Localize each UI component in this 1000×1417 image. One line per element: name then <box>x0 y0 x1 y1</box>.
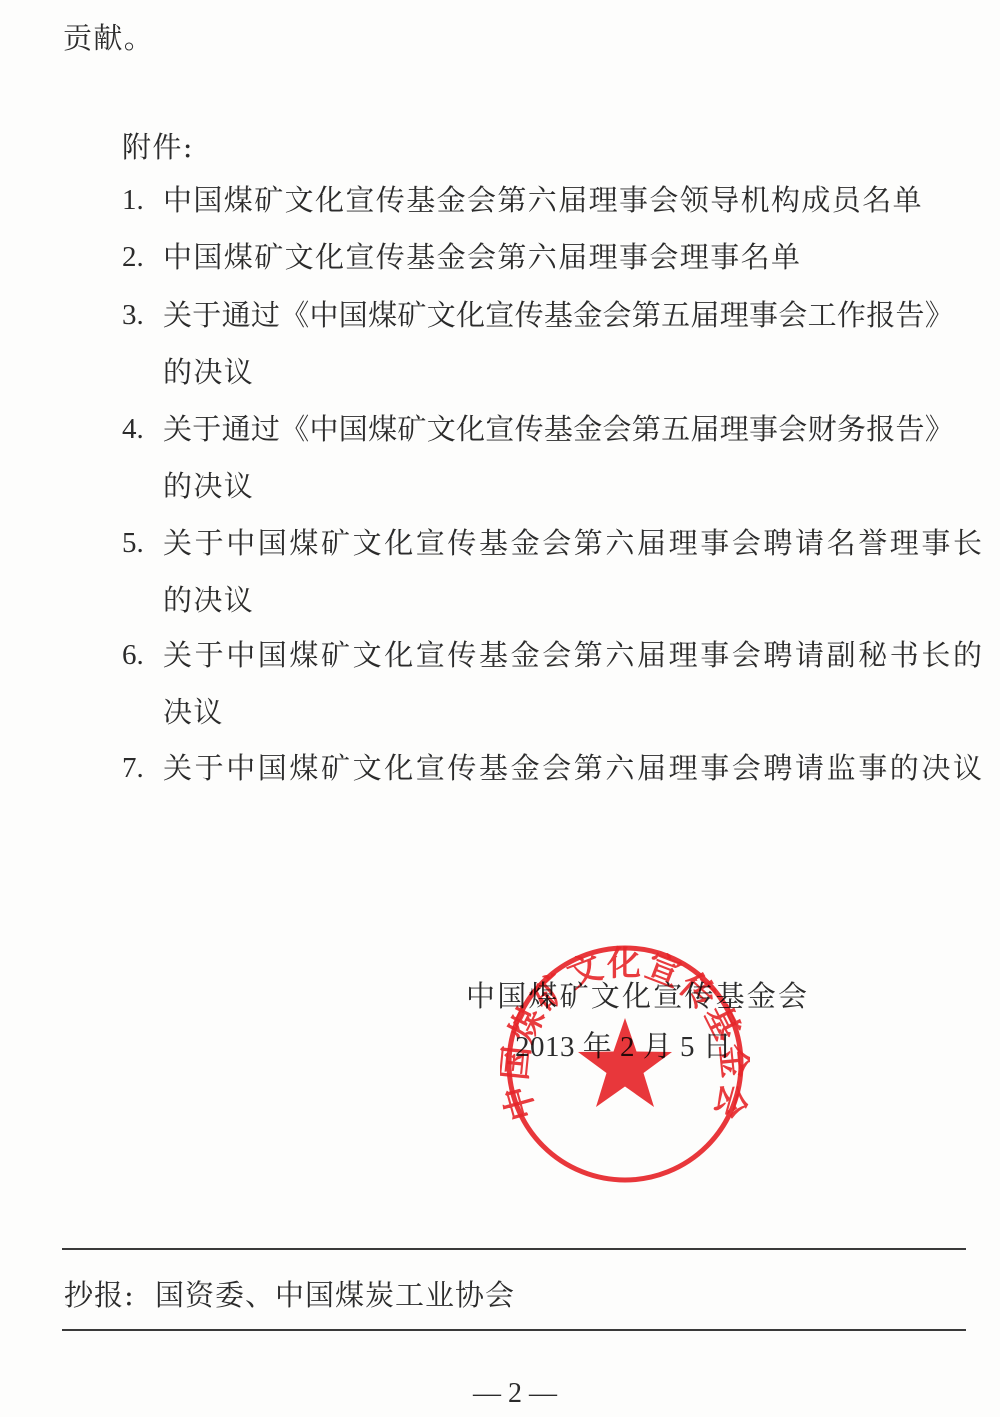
item-text-continued: 决议 <box>163 694 224 730</box>
item-text: 中国煤矿文化宣传基金会第六届理事会领导机构成员名单 <box>163 182 923 218</box>
item-text: 中国煤矿文化宣传基金会第六届理事会理事名单 <box>163 239 801 275</box>
item-number: 1. <box>122 182 144 218</box>
seal-star-icon <box>578 1018 672 1107</box>
item-number: 7. <box>122 750 144 786</box>
top-rule <box>62 1248 966 1250</box>
cc-block: 抄报: 国资委、中国煤炭工业协会 <box>64 1277 515 1313</box>
cc-label: 抄报: <box>64 1278 135 1312</box>
item-number: 4. <box>122 411 144 447</box>
page-number: — 2 — <box>0 1376 1000 1412</box>
bottom-rule <box>62 1329 966 1331</box>
item-text-continued: 的决议 <box>163 582 254 618</box>
item-text: 关于中国煤矿文化宣传基金会第六届理事会聘请监事的决议 <box>163 750 985 786</box>
item-text: 关于通过《中国煤矿文化宣传基金会第五届理事会财务报告》 <box>163 411 954 447</box>
item-text: 关于中国煤矿文化宣传基金会第六届理事会聘请副秘书长的 <box>163 637 985 673</box>
item-text-continued: 的决议 <box>163 468 254 504</box>
item-text: 关于中国煤矿文化宣传基金会第六届理事会聘请名誉理事长 <box>163 525 985 561</box>
attachments-heading: 附件: <box>122 129 194 165</box>
item-text-continued: 的决议 <box>163 354 254 390</box>
item-number: 6. <box>122 637 144 673</box>
item-number: 5. <box>122 525 144 561</box>
item-number: 3. <box>122 297 144 333</box>
cc-recipients: 国资委、中国煤炭工业协会 <box>155 1278 515 1312</box>
item-number: 2. <box>122 239 144 275</box>
item-text: 关于通过《中国煤矿文化宣传基金会第五届理事会工作报告》 <box>163 297 954 333</box>
official-seal-icon: 中国煤矿文化宣传基金会 <box>500 940 750 1190</box>
body-text-end: 贡献。 <box>63 20 154 56</box>
